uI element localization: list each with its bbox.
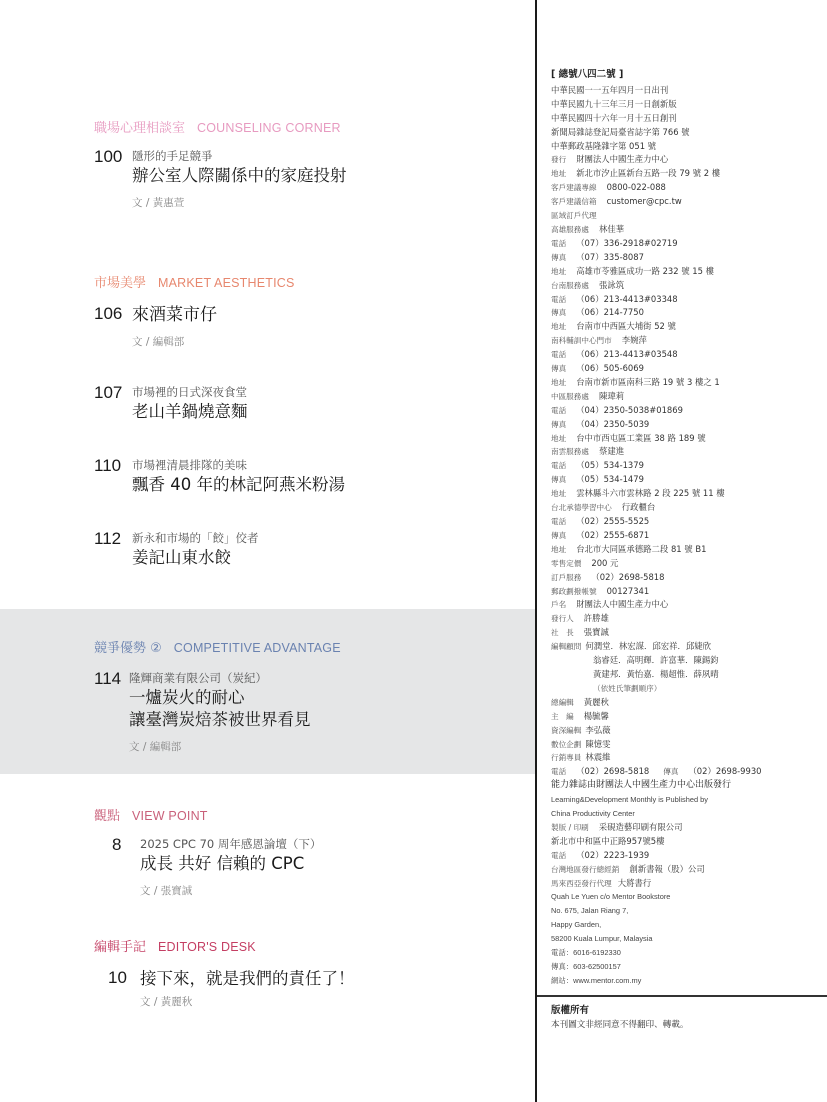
printer-row: 製版 / 印刷采硯造藝印刷有限公司 — [551, 821, 821, 835]
label: 地址 — [551, 265, 566, 279]
printer-tel-row: 電話（02）2223-1939 — [551, 849, 821, 863]
issue-number: [ 總號八四二號 ] — [551, 68, 821, 82]
published-statement-en: Learning&Development Monthly is Publishe… — [551, 793, 821, 807]
publisher-row: 發行財團法人中國生產力中心 — [551, 153, 821, 167]
my-distributor-row: 馬來西亞發行代理大將書行 — [551, 877, 821, 891]
label: 總編輯 — [551, 696, 574, 710]
section-title-en: EDITOR'S DESK — [158, 940, 256, 954]
office-taipei: 台北承德學習中心行政櫃台 電話（02）2555-5525 傳真（02）2555-… — [551, 501, 821, 557]
office-fax: （07）335-8087 — [576, 252, 644, 262]
label: 主 編 — [551, 710, 574, 724]
entry-title: 飄香 40 年的林記阿燕米粉湯 — [132, 474, 524, 496]
copyright-text: 本刊圖文非經同意不得翻印、轉載。 — [551, 1018, 821, 1032]
section-title-zh: 競爭優勢 ② — [94, 641, 162, 656]
value: 張寶誠 — [584, 627, 609, 637]
entry-title: 辦公室人際關係中的家庭投射 — [132, 165, 524, 187]
value: 200 元 — [591, 558, 618, 568]
entry-title-line1: 一爐炭火的耐心 — [129, 687, 524, 709]
value: 創新書報（股）公司 — [629, 864, 704, 874]
page-number: 8 — [112, 835, 121, 855]
value: 林震維 — [585, 752, 610, 762]
editor-row: 主 編楊毓馨 — [551, 710, 821, 724]
office-tel: （04）2350-5038#01869 — [576, 405, 683, 415]
office-name: 高雄服務處 — [551, 223, 589, 237]
section-heading: 編輯手記EDITOR'S DESK — [94, 939, 524, 956]
section-editors-desk: 編輯手記EDITOR'S DESK 10 接下來，就是我們的責任了！ 文 / 黃… — [94, 939, 524, 1010]
page-number: 100 — [94, 147, 122, 167]
colophon-line: 中華民國一一五年四月一日出刊 — [551, 84, 821, 98]
section-title-en: MARKET AESTHETICS — [158, 276, 295, 290]
section-heading: 觀點VIEW POINT — [94, 808, 524, 825]
office-person: 林佳華 — [599, 224, 624, 234]
label: 客戶建議專線 — [551, 181, 597, 195]
office-nanke: 南科輔訓中心門市李婉萍 電話（06）213-4413#03548 傳真（06）5… — [551, 334, 821, 390]
my-address-line: No. 675, Jalan Riang 7, — [551, 904, 821, 918]
label: 地址 — [551, 487, 566, 501]
copyright-heading: 版權所有 — [551, 1004, 821, 1018]
office-addr: 高雄市苓雅區成功一路 232 號 15 樓 — [576, 266, 714, 276]
label: 傳真 — [551, 529, 566, 543]
label: 電話 — [551, 293, 566, 307]
office-person: 蔡建進 — [599, 446, 624, 456]
label: 零售定價 — [551, 557, 581, 571]
office-name: 南科輔訓中心門市 — [551, 334, 612, 348]
label: 編輯顧問 — [551, 640, 581, 654]
colophon-line: 中華民國四十六年一月十五日創刊 — [551, 112, 821, 126]
entry-kicker: 隱形的手足競爭 — [132, 147, 524, 165]
value: （02）2698-9930 — [688, 766, 761, 776]
entry-kicker: 市場裡清晨排隊的美味 — [132, 456, 524, 474]
label: 馬來西亞發行代理 — [551, 877, 612, 891]
page-number: 106 — [94, 304, 122, 324]
advisors-line: 黃建邦．黃怡嘉．楊超惟．薛夙晴 — [551, 668, 821, 682]
entry-author: 文 / 黃惠萱 — [132, 195, 524, 211]
label: 傳真 — [551, 362, 566, 376]
label: 發行人 — [551, 612, 574, 626]
value: 楊毓馨 — [584, 711, 609, 721]
entry-kicker: 新永和市場的「餃」佼者 — [132, 529, 524, 547]
column-divider — [535, 0, 537, 1102]
copyright-block: 版權所有 本刊圖文非經同意不得翻印、轉載。 — [551, 1004, 821, 1032]
page-number: 10 — [108, 968, 127, 988]
office-name: 台南服務處 — [551, 279, 589, 293]
value: 財團法人中國生產力中心 — [576, 154, 668, 164]
entry-title-line2: 讓臺灣炭焙茶被世界看見 — [129, 709, 524, 731]
my-website-link[interactable]: 網站：www.mentor.com.my — [551, 974, 821, 988]
value: 何潤堂．林宏謀．邱宏祥．邱婕欣 — [585, 641, 711, 651]
office-kaohsiung: 高雄服務處林佳華 電話（07）336-2918#02719 傳真（07）335-… — [551, 223, 821, 279]
label: 傳真 — [551, 473, 566, 487]
colophon-line: 新聞局雜誌登記局臺省誌字第 766 號 — [551, 126, 821, 140]
toc-entry[interactable]: 8 2025 CPC 70 周年感恩論壇（下） 成長 共好 信賴的 CPC 文 … — [94, 835, 524, 899]
label: 台灣地區發行總經銷 — [551, 863, 619, 877]
entry-author: 文 / 編輯部 — [129, 739, 524, 755]
toc-entry[interactable]: 107 市場裡的日式深夜食堂 老山羊鍋燒意麵 — [94, 383, 524, 423]
label: 行銷專員 — [551, 751, 581, 765]
president-row: 社 長張寶誠 — [551, 626, 821, 640]
label: 電話 — [551, 237, 566, 251]
chief-editor-row: 總編輯黃麗秋 — [551, 696, 821, 710]
office-person: 行政櫃台 — [622, 502, 656, 512]
office-person: 張詠筑 — [599, 280, 624, 290]
value: 財團法人中國生產力中心 — [576, 599, 668, 609]
office-addr: 台南市新市區南科三路 19 號 3 樓之 1 — [576, 377, 720, 387]
colophon-line: 中華民國九十三年三月一日創新版 — [551, 98, 821, 112]
office-tel: （02）2555-5525 — [576, 516, 649, 526]
entry-kicker: 2025 CPC 70 周年感恩論壇（下） — [140, 835, 524, 853]
label: 區域訂戶代理 — [551, 209, 597, 223]
senior-editor-row: 資深編輯李弘薇 — [551, 724, 821, 738]
label: 客戶建議信箱 — [551, 195, 597, 209]
marketing-row: 行銷專員林震維 — [551, 751, 821, 765]
section-counseling-corner: 職場心理相談室COUNSELING CORNER 100 隱形的手足競爭 辦公室… — [94, 120, 524, 211]
label: 地址 — [551, 167, 566, 181]
advisors-note: （依姓氏筆劃順序） — [551, 682, 821, 696]
mailbox-row: 客戶建議信箱customer@cpc.tw — [551, 195, 821, 209]
label: 郵政劃撥帳號 — [551, 585, 597, 599]
label: 訂戶服務 — [551, 571, 581, 585]
value: 陳憶雯 — [585, 739, 610, 749]
section-market-aesthetics: 市場美學MARKET AESTHETICS 106 來酒菜市仔 文 / 編輯部 … — [94, 275, 524, 569]
label: 地址 — [551, 432, 566, 446]
section-title-en: VIEW POINT — [132, 809, 208, 823]
label: 傳真 — [551, 251, 566, 265]
office-fax: （06）214-7750 — [576, 307, 644, 317]
label: 傳真 — [551, 306, 566, 320]
entry-title: 接下來，就是我們的責任了！ — [140, 968, 524, 990]
colophon-line: 中華郵政基隆雜字第 051 號 — [551, 140, 821, 154]
toc-entry[interactable]: 114 隆輝商業有限公司（炭紀） 一爐炭火的耐心 讓臺灣炭焙茶被世界看見 文 /… — [94, 669, 524, 755]
section-heading: 職場心理相談室COUNSELING CORNER — [94, 120, 524, 137]
label: 地址 — [551, 320, 566, 334]
value: 李弘薇 — [585, 725, 610, 735]
office-tel: （06）213-4413#03348 — [576, 294, 677, 304]
label: 戶名 — [551, 598, 566, 612]
contact-row: 電話（02）2698-5818傳真（02）2698-9930 — [551, 765, 821, 779]
label: 資深編輯 — [551, 724, 581, 738]
published-statement-en: China Productivity Center — [551, 807, 821, 821]
value: 黃麗秋 — [584, 697, 609, 707]
section-title-en: COUNSELING CORNER — [197, 121, 341, 135]
office-fax: （04）2350-5039 — [576, 419, 649, 429]
office-tel: （05）534-1379 — [576, 460, 644, 470]
section-title-zh: 職場心理相談室 — [94, 121, 185, 136]
office-addr: 雲林縣斗六市雲林路 2 段 225 號 11 樓 — [576, 488, 724, 498]
section-title-zh: 觀點 — [94, 809, 120, 824]
colophon: [ 總號八四二號 ] 中華民國一一五年四月一日出刊 中華民國九十三年三月一日創新… — [551, 68, 821, 988]
label: 電話 — [551, 348, 566, 362]
office-yunlin: 南雲服務處蔡建進 電話（05）534-1379 傳真（05）534-1479 地… — [551, 445, 821, 501]
section-title-zh: 編輯手記 — [94, 940, 146, 955]
value: 大將書行 — [618, 878, 652, 888]
page-number: 110 — [94, 456, 121, 476]
entry-kicker: 市場裡的日式深夜食堂 — [132, 383, 524, 401]
my-address-line: Quah Le Yuen c/o Mentor Bookstore — [551, 890, 821, 904]
label: 地址 — [551, 543, 566, 557]
office-fax: （02）2555-6871 — [576, 530, 649, 540]
my-fax-line: 傳真：603-62500157 — [551, 960, 821, 974]
office-fax: （06）505-6069 — [576, 363, 644, 373]
page-number: 112 — [94, 529, 121, 549]
digital-row: 數位企劃陳憶雯 — [551, 738, 821, 752]
issuer-row: 發行人許勝雄 — [551, 612, 821, 626]
entry-title: 來酒菜市仔 — [132, 304, 524, 326]
office-tel: （06）213-4413#03548 — [576, 349, 677, 359]
label: 電話 — [551, 765, 566, 779]
label: 電話 — [551, 404, 566, 418]
office-central: 中區服務處陳瑋莉 電話（04）2350-5038#01869 傳真（04）235… — [551, 390, 821, 446]
label: 數位企劃 — [551, 738, 581, 752]
office-tainan: 台南服務處張詠筑 電話（06）213-4413#03348 傳真（06）214-… — [551, 279, 821, 335]
toc-entry[interactable]: 100 隱形的手足競爭 辦公室人際關係中的家庭投射 文 / 黃惠萱 — [94, 147, 524, 211]
label: 傳真 — [663, 765, 678, 779]
entry-author: 文 / 編輯部 — [132, 334, 524, 350]
label: 製版 / 印刷 — [551, 821, 589, 835]
email-link[interactable]: customer@cpc.tw — [607, 196, 682, 206]
office-name: 台北承德學習中心 — [551, 501, 612, 515]
office-name: 南雲服務處 — [551, 445, 589, 459]
value: 00127341 — [607, 586, 650, 596]
label: 電話 — [551, 459, 566, 473]
label: 地址 — [551, 376, 566, 390]
section-heading: 競爭優勢 ②COMPETITIVE ADVANTAGE — [94, 640, 524, 657]
agents-title: 區域訂戶代理 — [551, 209, 821, 223]
hotline-row: 客戶建議專線0800-022-088 — [551, 181, 821, 195]
section-title-en: COMPETITIVE ADVANTAGE — [174, 641, 341, 655]
section-view-point: 觀點VIEW POINT 8 2025 CPC 70 周年感恩論壇（下） 成長 … — [94, 808, 524, 899]
value: 新北市汐止區新台五路一段 79 號 2 樓 — [576, 168, 720, 178]
printer-address: 新北市中和區中正路957號5樓 — [551, 835, 821, 849]
label: 傳真 — [551, 418, 566, 432]
address-row: 地址新北市汐止區新台五路一段 79 號 2 樓 — [551, 167, 821, 181]
label: 社 長 — [551, 626, 574, 640]
section-competitive-advantage: 競爭優勢 ②COMPETITIVE ADVANTAGE 114 隆輝商業有限公司… — [94, 640, 524, 755]
my-tel-line: 電話：6016-6192330 — [551, 946, 821, 960]
toc-entry[interactable]: 106 來酒菜市仔 文 / 編輯部 — [94, 304, 524, 350]
value: （02）2223-1939 — [576, 850, 649, 860]
entry-title: 成長 共好 信賴的 CPC — [140, 853, 524, 875]
label: 電話 — [551, 515, 566, 529]
value: 采硯造藝印刷有限公司 — [599, 822, 683, 832]
office-tel: （07）336-2918#02719 — [576, 238, 677, 248]
price-row: 零售定價200 元 — [551, 557, 821, 571]
toc-entry[interactable]: 110 市場裡清晨排隊的美味 飄香 40 年的林記阿燕米粉湯 — [94, 456, 524, 496]
my-address-line: 58200 Kuala Lumpur, Malaysia — [551, 932, 821, 946]
entry-kicker: 隆輝商業有限公司（炭紀） — [129, 669, 524, 687]
section-heading: 市場美學MARKET AESTHETICS — [94, 275, 524, 292]
page-number: 107 — [94, 383, 122, 403]
entry-title: 老山羊鍋燒意麵 — [132, 401, 524, 423]
postal-row: 郵政劃撥帳號00127341 — [551, 585, 821, 599]
entry-author: 文 / 黃麗秋 — [140, 994, 524, 1010]
advisors-line: 翁睿廷．高明輝．許富華．陳錫鈞 — [551, 654, 821, 668]
page-number: 114 — [94, 669, 121, 689]
account-name-row: 戶名財團法人中國生產力中心 — [551, 598, 821, 612]
hotline-phone-link[interactable]: 0800-022-088 — [607, 182, 666, 192]
toc-entry[interactable]: 112 新永和市場的「餃」佼者 姜記山東水餃 — [94, 529, 524, 569]
office-person: 陳瑋莉 — [599, 391, 624, 401]
entry-author: 文 / 張寶誠 — [140, 883, 524, 899]
my-address-line: Happy Garden, — [551, 918, 821, 932]
office-addr: 台南市中西區大埔街 52 號 — [576, 321, 676, 331]
published-statement: 能力雜誌由財團法人中國生產力中心出版發行 — [551, 779, 821, 793]
office-addr: 台北市大同區承德路二段 81 號 B1 — [576, 544, 706, 554]
office-person: 李婉萍 — [622, 335, 647, 345]
subscription-row: 訂戶服務（02）2698-5818 — [551, 571, 821, 585]
tw-distributor-row: 台灣地區發行總經銷創新書報（股）公司 — [551, 863, 821, 877]
label: 電話 — [551, 849, 566, 863]
toc-entry[interactable]: 10 接下來，就是我們的責任了！ 文 / 黃麗秋 — [94, 968, 524, 1010]
office-fax: （05）534-1479 — [576, 474, 644, 484]
label: 發行 — [551, 153, 566, 167]
value: （02）2698-5818 — [591, 572, 664, 582]
value: 許勝雄 — [584, 613, 609, 623]
section-title-zh: 市場美學 — [94, 276, 146, 291]
office-addr: 台中市西屯區工業區 38 路 189 號 — [576, 433, 705, 443]
entry-title: 姜記山東水餃 — [132, 547, 524, 569]
advisors-row: 編輯顧問何潤堂．林宏謀．邱宏祥．邱婕欣 — [551, 640, 821, 654]
copyright-divider — [537, 995, 827, 997]
office-name: 中區服務處 — [551, 390, 589, 404]
value: （02）2698-5818 — [576, 766, 649, 776]
